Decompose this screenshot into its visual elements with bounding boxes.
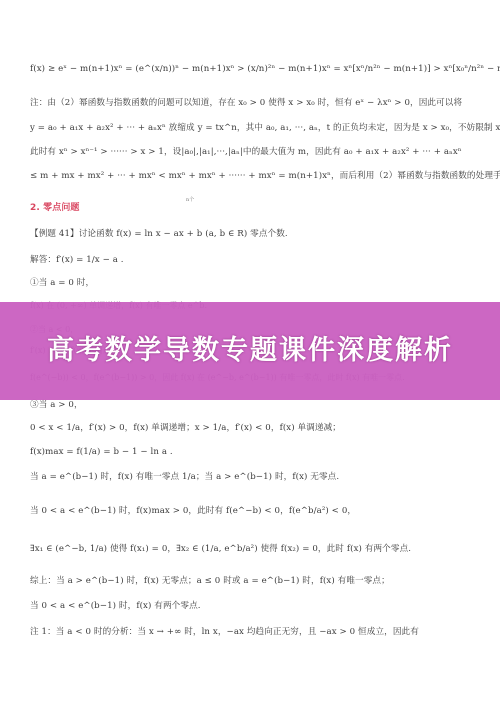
text-line: 注：由（2）幂函数与指数函数的问题可以知道，存在 x₀ > 0 使得 x > x… xyxy=(30,97,480,109)
text-line: 0 < x < 1/a，f′(x) > 0，f(x) 单调递增；x > 1/a，… xyxy=(30,422,480,434)
text-line: 当 0 < a < e^(b−1) 时，f(x)max > 0，此时有 f(e^… xyxy=(30,505,480,517)
text-line: ①当 a = 0 时， xyxy=(30,277,480,289)
underbrace-note: n个 xyxy=(186,196,194,203)
text-line: 当 0 < a < e^(b−1) 时，f(x) 有两个零点. xyxy=(30,600,480,612)
answer-line: 解答：f′(x) = 1/x − a . xyxy=(30,254,480,266)
section-heading: 2. 零点问题 xyxy=(30,202,480,214)
text-line: 综上：当 a > e^(b−1) 时，f(x) 无零点；a ≤ 0 时或 a =… xyxy=(30,575,480,587)
text-line: ③当 a > 0， xyxy=(30,399,480,411)
text-line: ∃x₁ ∈ (e^−b, 1/a) 使得 f(x₁) = 0，∃x₂ ∈ (1/… xyxy=(30,543,480,555)
title-banner: 高考数学导数专题课件深度解析 xyxy=(0,302,500,400)
text-line: 此时有 xⁿ > xⁿ⁻¹ > ······ > x > 1，设|a₀|,|a₁… xyxy=(30,146,480,158)
text-line: f(x)max = f(1/a) = b − 1 − ln a . xyxy=(30,446,480,458)
example-title: 【例题 41】讨论函数 f(x) = ln x − ax + b (a, b ∈… xyxy=(30,228,480,240)
text-line: f(x) ≥ eˣ − m(n+1)xⁿ = (e^(x/n))ⁿ − m(n+… xyxy=(30,63,480,75)
text-line: y = a₀ + a₁x + a₂x² + ··· + aₙxⁿ 放缩成 y =… xyxy=(30,122,480,134)
banner-title: 高考数学导数专题课件深度解析 xyxy=(40,333,460,369)
text-line: 当 a = e^(b−1) 时，f(x) 有唯一零点 1/a；当 a > e^(… xyxy=(30,471,480,483)
text-line: 注 1：当 a < 0 时的分析：当 x → +∞ 时，ln x，−ax 均趋向… xyxy=(30,626,480,638)
text-line: ≤ m + mx + mx² + ··· + mxⁿ < mxⁿ + mxⁿ +… xyxy=(30,170,480,182)
